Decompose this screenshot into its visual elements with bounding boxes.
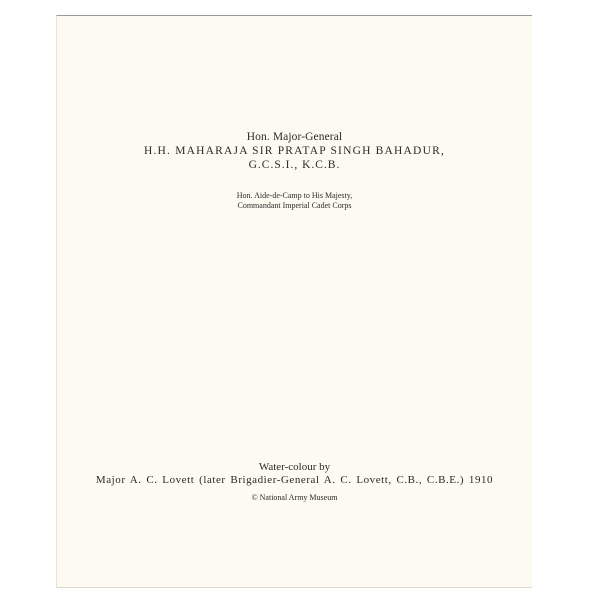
- credit-artist: Major A. C. Lovett (later Brigadier-Gene…: [57, 474, 532, 487]
- appointment-line: Commandant Imperial Cadet Corps: [57, 201, 532, 211]
- subject-honours: G.C.S.I., K.C.B.: [57, 158, 532, 172]
- appointment-line: Hon. Aide-de-Camp to His Majesty,: [57, 191, 532, 201]
- subject-caption: Hon. Major-General H.H. MAHARAJA SIR PRA…: [57, 130, 532, 210]
- artwork-credit: Water-colour by Major A. C. Lovett (late…: [57, 461, 532, 503]
- subject-appointments: Hon. Aide-de-Camp to His Majesty, Comman…: [57, 191, 532, 210]
- credit-medium: Water-colour by: [57, 461, 532, 474]
- postcard-back: Hon. Major-General H.H. MAHARAJA SIR PRA…: [56, 15, 532, 588]
- subject-rank: Hon. Major-General: [57, 130, 532, 144]
- subject-name: H.H. MAHARAJA SIR PRATAP SINGH BAHADUR,: [57, 144, 532, 158]
- copyright-notice: © National Army Museum: [57, 493, 532, 503]
